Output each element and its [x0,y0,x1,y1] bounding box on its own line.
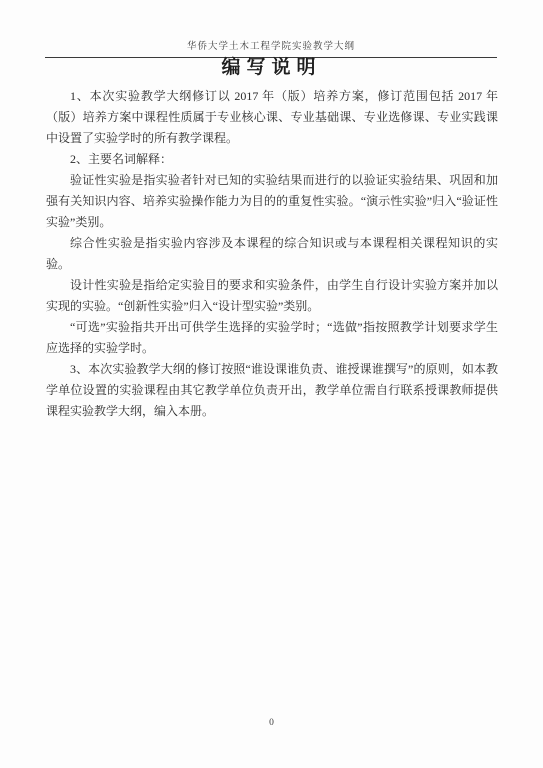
paragraph-4: 综合性实验是指实验内容涉及本课程的综合知识或与本课程相关课程知识的实验。 [46,233,498,275]
page-footer: 0 [0,712,543,730]
header-title: 华侨大学土木工程学院实验教学大纲 [187,42,355,52]
paragraph-5: 设计性实验是指给定实验目的要求和实验条件，由学生自行设计实验方案并加以实现的实验… [46,275,498,317]
paragraph-3: 验证性实验是指实验者针对已知的实验结果而进行的以验证实验结果、巩固和加强有关知识… [46,170,498,233]
paragraph-6: “可选”实验指共开出可供学生选择的实验学时；“选做”指按照教学计划要求学生应选择… [46,317,498,359]
document-page: 华侨大学土木工程学院实验教学大纲 编写说明 1、本次实验教学大纲修订以 2017… [0,0,543,768]
paragraph-1: 1、本次实验教学大纲修订以 2017 年（版）培养方案，修订范围包括 2017 … [46,86,498,149]
paragraph-7: 3、本次实验教学大纲的修订按照“谁设课谁负责、谁授课谁撰写”的原则，如本教学单位… [46,359,498,422]
paragraph-2: 2、主要名词解释： [46,149,498,170]
document-body: 1、本次实验教学大纲修订以 2017 年（版）培养方案，修订范围包括 2017 … [46,86,498,422]
page-number: 0 [269,718,274,728]
document-title: 编写说明 [0,52,543,79]
